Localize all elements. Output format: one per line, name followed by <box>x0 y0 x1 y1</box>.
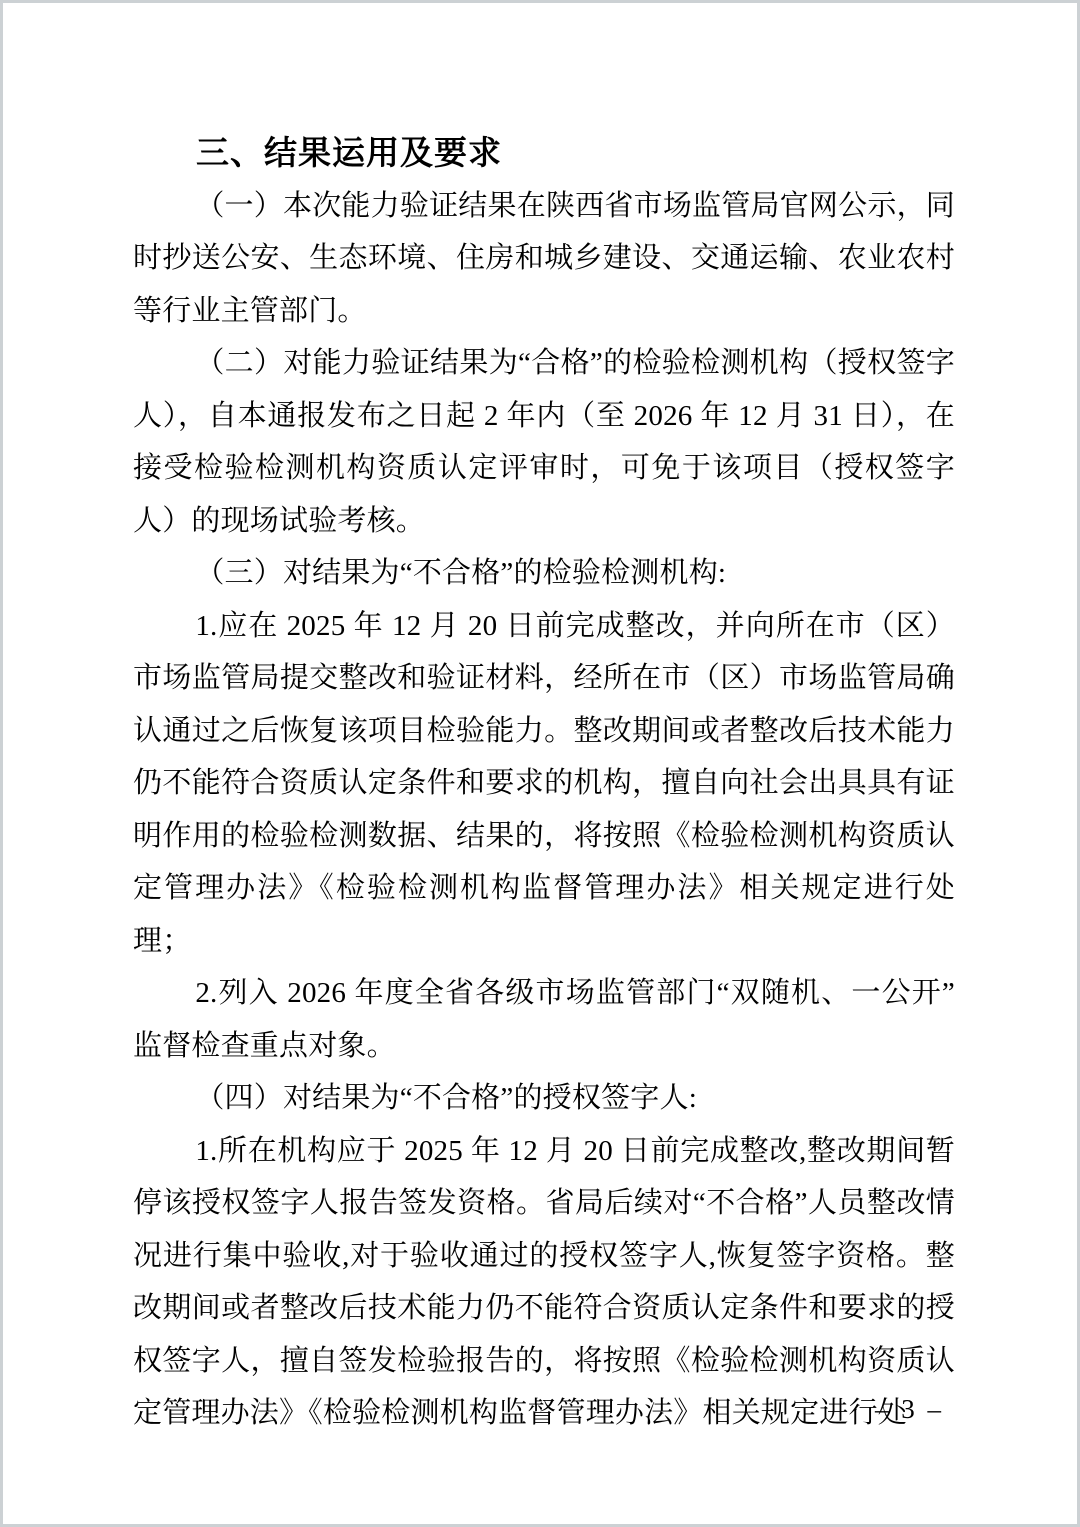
document-content: 三、结果运用及要求 （一）本次能力验证结果在陕西省市场监管局官网公示，同时抄送公… <box>133 127 955 1440</box>
paragraph-6: （四）对结果为“不合格”的授权签字人: <box>133 1072 955 1125</box>
paragraph-5: 2.列入 2026 年度全省各级市场监管部门“双随机、一公开”监督检查重点对象。 <box>133 967 955 1072</box>
section-heading: 三、结果运用及要求 <box>133 127 955 180</box>
page-number: – 3 – <box>875 1389 944 1429</box>
paragraph-3: （三）对结果为“不合格”的检验检测机构: <box>133 547 955 600</box>
paragraph-1: （一）本次能力验证结果在陕西省市场监管局官网公示，同时抄送公安、生态环境、住房和… <box>133 180 955 338</box>
paragraph-7: 1.所在机构应于 2025 年 12 月 20 日前完成整改,整改期间暂停该授权… <box>133 1125 955 1440</box>
document-page: 三、结果运用及要求 （一）本次能力验证结果在陕西省市场监管局官网公示，同时抄送公… <box>0 0 1080 1527</box>
paragraph-2: （二）对能力验证结果为“合格”的检验检测机构（授权签字人），自本通报发布之日起 … <box>133 337 955 547</box>
paragraph-4: 1.应在 2025 年 12 月 20 日前完成整改，并向所在市（区）市场监管局… <box>133 600 955 968</box>
